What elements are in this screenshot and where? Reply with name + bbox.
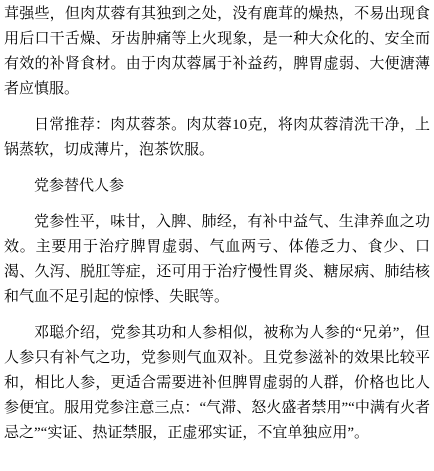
paragraph-dangshen-properties: 党参性平，味甘，入脾、肺经，有补中益气、生津养血之功效。主要用于治疗脾胃虚弱、气… [4, 210, 430, 310]
section-heading-dangshen: 党参替代人参 [4, 174, 430, 199]
article-page: 茸强些，但肉苁蓉有其独到之处，没有鹿茸的燥热，不易出现食用后口干舌燥、牙齿肿痛等… [0, 0, 434, 471]
paragraph-dangshen-cautions: 邓聪介绍，党参其功和人参相似，被称为人参的“兄弟”，但人参只有补气之功，党参则气… [4, 321, 430, 446]
paragraph-daily-recommendation: 日常推荐：肉苁蓉茶。肉苁蓉10克，将肉苁蓉清洗干净，上锅蒸软，切成薄片，泡茶饮服… [4, 113, 430, 163]
paragraph-cistanche-benefits: 茸强些，但肉苁蓉有其独到之处，没有鹿茸的燥热，不易出现食用后口干舌燥、牙齿肿痛等… [4, 2, 430, 102]
